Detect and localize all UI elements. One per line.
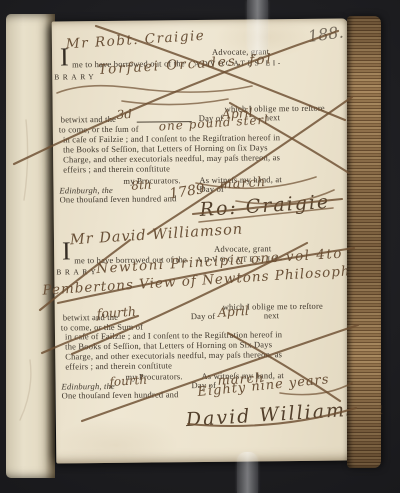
signed-month: march [219,175,267,193]
printed-year-lead: One thouſand ſeven hundred and [60,193,177,204]
printed-charge: Charge, and other executorials needful, … [63,152,280,164]
printed-charge: Charge, and other executorials needful, … [65,349,282,361]
printed-brary: BRARY [56,267,99,277]
printed-effeirs: effeirs ; and therein conſtitute [65,360,172,371]
return-day: 3d [116,107,132,122]
book-fore-edge [347,16,381,468]
return-day: fourth [96,304,136,321]
borrower-name: Mr Robt. Craigie [65,28,205,53]
signed-day: 8th [131,177,152,192]
facing-page-edge [6,14,55,478]
signature: Ro: Craigie [199,191,331,221]
printed-year-lead: One thouſand ſeven hundred and [62,389,179,400]
printed-effeirs: effeirs ; and therein conſtitute [63,163,170,174]
printed-betwixt: betwixt and the [61,114,117,125]
book-photograph: 188. I Mr Robt. Craigie Advocate, grant … [0,0,400,493]
signed-day: fourth [109,373,147,389]
printed-brary: BRARY [54,72,97,82]
sum-value: one pound sterl [158,113,269,134]
book-title: Torfaei Orcades. fol [98,51,274,78]
register-page: 188. I Mr Robt. Craigie Advocate, grant … [52,18,353,463]
folio-number: 188. [307,22,345,46]
printed-next: next [264,310,280,320]
page-clip-top [247,0,268,54]
printed-day-of: Day of [191,311,216,321]
page-clip-bottom [237,452,258,493]
return-month: April [217,303,249,320]
